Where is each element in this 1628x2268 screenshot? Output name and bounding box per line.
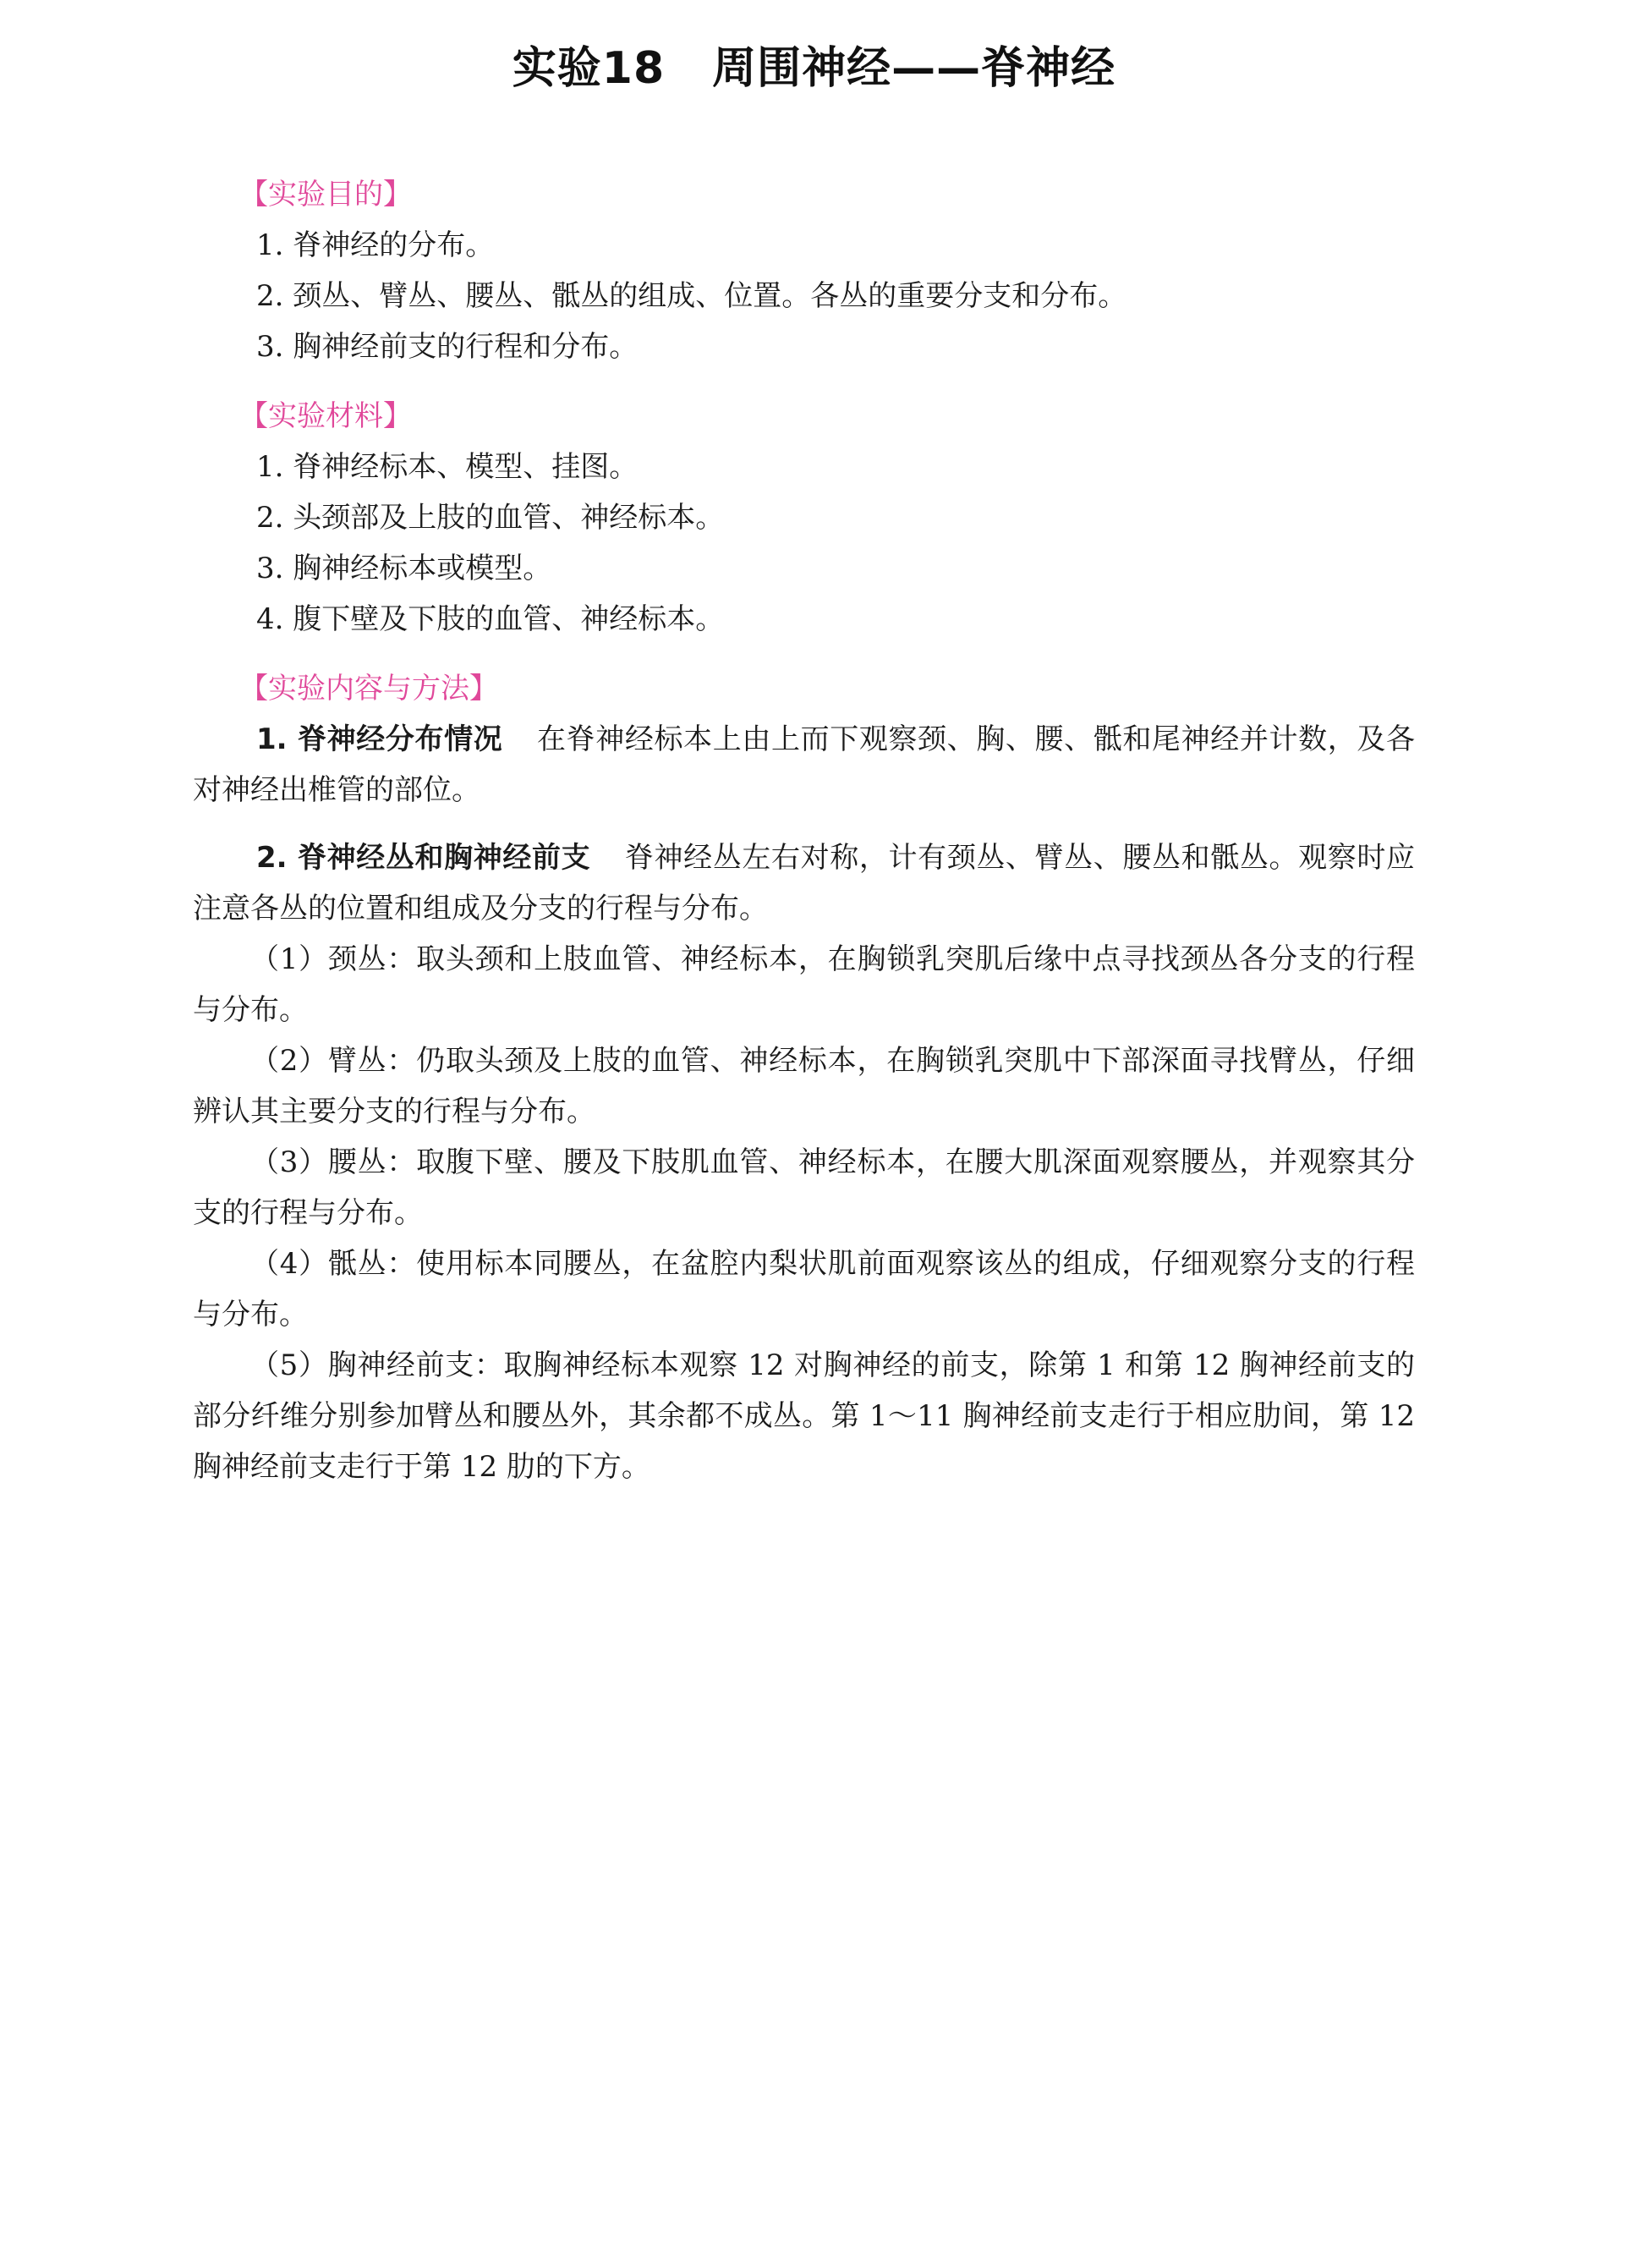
method-paragraph-2: 2. 脊神经丛和胸神经前支脊神经丛左右对称，计有颈丛、臂丛、腰丛和骶丛。观察时应… [193, 832, 1415, 934]
material-item: 2. 头颈部及上肢的血管、神经标本。 [256, 492, 1415, 543]
experiment-number: 实验18 [513, 43, 665, 94]
paragraph-lead: 2. 脊神经丛和胸神经前支 [256, 841, 590, 875]
experiment-subject: 周围神经——脊神经 [712, 43, 1115, 94]
section-heading-objectives: 【实验目的】 [239, 169, 1415, 220]
objective-item: 1. 脊神经的分布。 [256, 220, 1415, 271]
plexus-lumbar: （3）腰丛：取腹下壁、腰及下肢肌血管、神经标本，在腰大肌深面观察腰丛，并观察其分… [193, 1137, 1415, 1238]
objective-item: 2. 颈丛、臂丛、腰丛、骶丛的组成、位置。各丛的重要分支和分布。 [256, 271, 1415, 321]
section-heading-methods: 【实验内容与方法】 [239, 663, 1415, 714]
thoracic-anterior-rami: （5）胸神经前支：取胸神经标本观察 12 对胸神经的前支，除第 1 和第 12 … [193, 1340, 1415, 1492]
section-methods: 【实验内容与方法】 1. 脊神经分布情况在脊神经标本上由上而下观察颈、胸、腰、骶… [193, 663, 1415, 1492]
objective-item: 3. 胸神经前支的行程和分布。 [256, 321, 1415, 372]
material-item: 1. 脊神经标本、模型、挂图。 [256, 442, 1415, 492]
material-item: 3. 胸神经标本或模型。 [256, 543, 1415, 594]
document-body: 【实验目的】 1. 脊神经的分布。 2. 颈丛、臂丛、腰丛、骶丛的组成、位置。各… [193, 169, 1415, 1492]
plexus-cervical: （1）颈丛：取头颈和上肢血管、神经标本，在胸锁乳突肌后缘中点寻找颈丛各分支的行程… [193, 934, 1415, 1035]
material-item: 4. 腹下壁及下肢的血管、神经标本。 [256, 594, 1415, 645]
paragraph-lead: 1. 脊神经分布情况 [256, 722, 502, 756]
section-objectives: 【实验目的】 1. 脊神经的分布。 2. 颈丛、臂丛、腰丛、骶丛的组成、位置。各… [193, 169, 1415, 372]
page-title: 实验18周围神经——脊神经 [0, 32, 1628, 96]
method-paragraph-1: 1. 脊神经分布情况在脊神经标本上由上而下观察颈、胸、腰、骶和尾神经并计数，及各… [193, 714, 1415, 815]
plexus-sacral: （4）骶丛：使用标本同腰丛，在盆腔内梨状肌前面观察该丛的组成，仔细观察分支的行程… [193, 1238, 1415, 1340]
section-heading-materials: 【实验材料】 [239, 391, 1415, 442]
section-materials: 【实验材料】 1. 脊神经标本、模型、挂图。 2. 头颈部及上肢的血管、神经标本… [193, 391, 1415, 645]
plexus-brachial: （2）臂丛：仍取头颈及上肢的血管、神经标本，在胸锁乳突肌中下部深面寻找臂丛，仔细… [193, 1035, 1415, 1137]
